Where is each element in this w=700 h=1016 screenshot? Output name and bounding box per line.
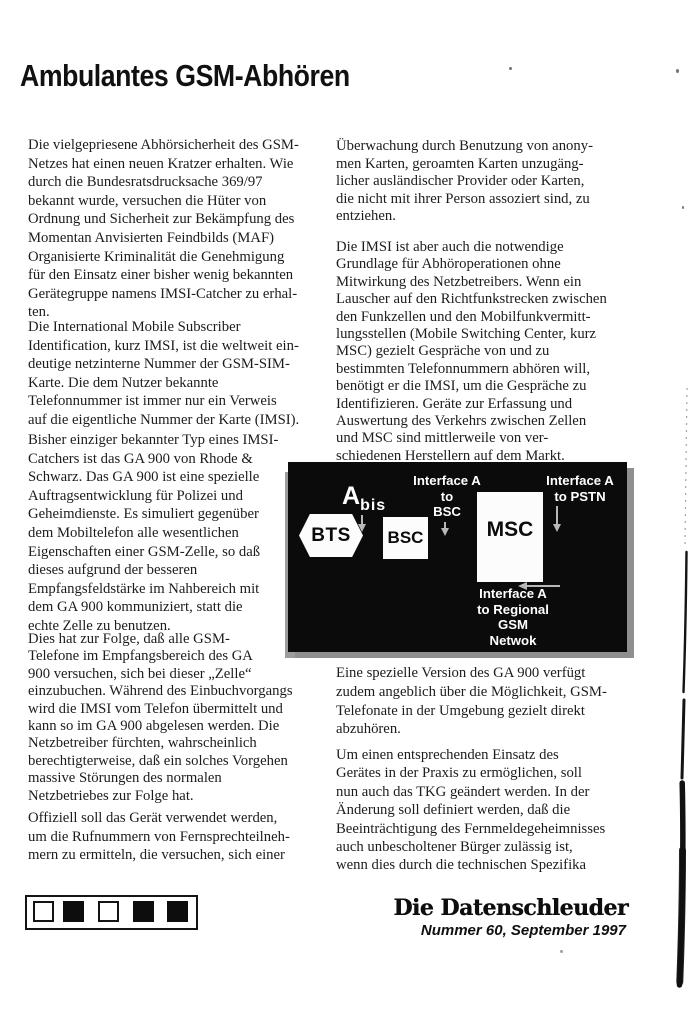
bts-label: BTS	[311, 525, 351, 547]
scan-speck	[682, 206, 684, 209]
gsm-network-diagram: BTS Abis BSC Interface A to BSC MSC Inte…	[288, 462, 627, 652]
paragraph-right-1: Überwachung durch Benutzung von anony- m…	[336, 138, 670, 226]
msc-label: MSC	[487, 518, 534, 542]
down-arrow-icon	[552, 506, 562, 532]
paragraph-right-4: Um einen entsprechenden Einsatz des Gerä…	[336, 746, 670, 875]
page-edge-artifact	[668, 0, 700, 1016]
bsc-node: BSC	[383, 517, 428, 559]
paragraph-left-4: Dies hat zur Folge, daß alle GSM- Telefo…	[28, 631, 338, 805]
paragraph-left-2: Die International Mobile Subscriber Iden…	[28, 318, 338, 430]
scan-speck	[560, 950, 563, 953]
interface-a-to-regional-label: Interface A to Regional GSM Netwok	[451, 586, 575, 648]
magazine-title: Die Datenschleuder	[368, 895, 628, 921]
issue-line: Nummer 60, September 1997	[368, 922, 628, 939]
marker-square	[33, 901, 54, 922]
scan-speck	[676, 69, 679, 73]
marker-square	[98, 901, 119, 922]
down-arrow-icon	[357, 515, 367, 532]
colophon: Die Datenschleuder Nummer 60, September …	[368, 895, 628, 939]
paragraph-left-1: Die vielgepriesene Abhörsicherheit des G…	[28, 136, 338, 322]
scan-speck	[509, 67, 512, 70]
page-marker-squares	[25, 895, 198, 930]
marker-square	[133, 901, 154, 922]
paragraph-left-5: Offiziell soll das Gerät verwendet werde…	[28, 809, 338, 865]
marker-square	[167, 901, 188, 922]
scanned-page: Ambulantes GSM-Abhören Die vielgepriesen…	[0, 0, 700, 1016]
msc-node: MSC	[477, 492, 543, 582]
abis-interface-label: Abis	[342, 482, 386, 515]
down-arrow-icon	[440, 522, 450, 536]
bts-node: BTS	[299, 514, 363, 557]
article-title: Ambulantes GSM-Abhören	[20, 58, 350, 94]
interface-a-to-pstn-label: Interface A to PSTN	[528, 473, 632, 504]
marker-square	[63, 901, 84, 922]
paragraph-right-3: Eine spezielle Version des GA 900 verfüg…	[336, 664, 670, 739]
abis-a-label: A	[342, 482, 360, 510]
paragraph-right-2: Die IMSI ist aber auch die notwendige Gr…	[336, 239, 670, 465]
abis-sub-label: bis	[360, 497, 386, 514]
